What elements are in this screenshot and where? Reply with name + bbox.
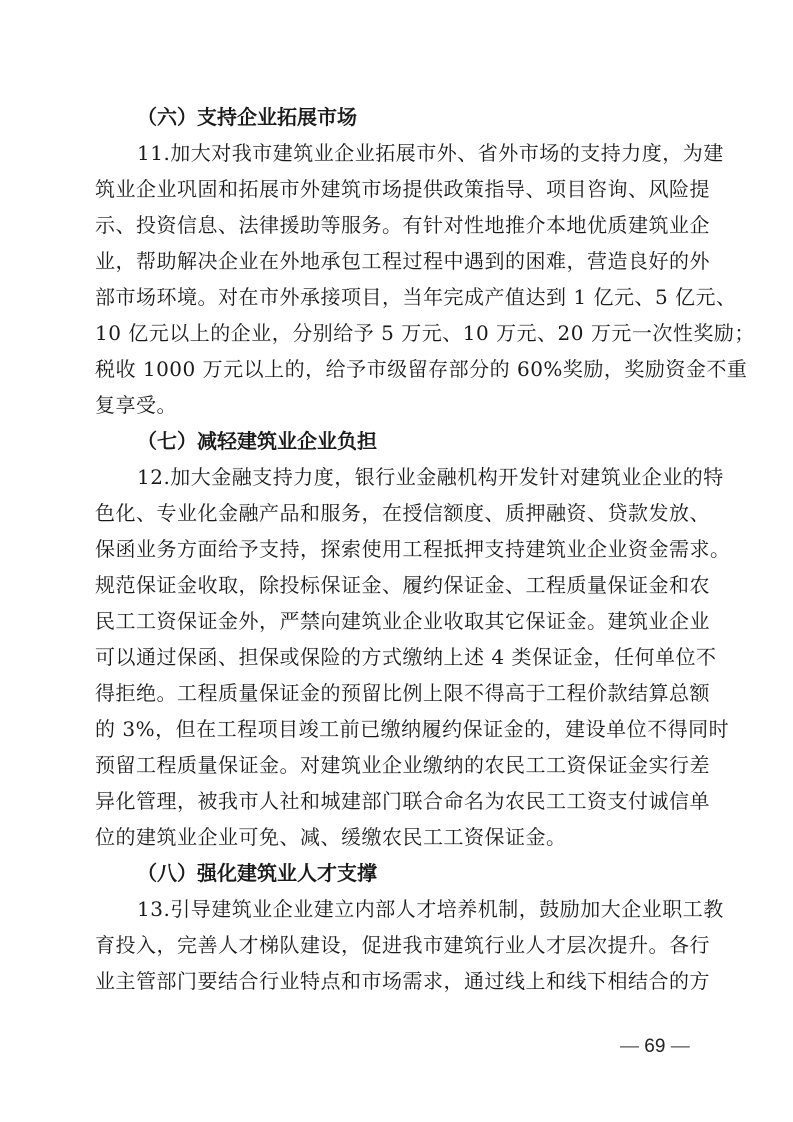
page-footer: — 69 — [620,1036,690,1058]
footer-dash-left: — [620,1036,639,1057]
text-line: 位的建筑业企业可免、减、缓缴农民工工资保证金。 [95,819,699,855]
text-line: 10 亿元以上的企业，分别给予 5 万元、10 万元、20 万元一次性奖励； [95,315,699,351]
text-line: 育投入，完善人才梯队建设，促进我市建筑行业人才层次提升。各行 [95,927,699,963]
text-line: 异化管理，被我市人社和城建部门联合命名为农民工工资支付诚信单 [95,783,699,819]
text-line: 业主管部门要结合行业特点和市场需求，通过线上和线下相结合的方 [95,963,699,999]
text-line: 预留工程质量保证金。对建筑业企业缴纳的农民工工资保证金实行差 [95,747,699,783]
text-line: 规范保证金收取，除投标保证金、履约保证金、工程质量保证金和农 [95,567,699,603]
document-page: （六）支持企业拓展市场 11.加大对我市建筑业企业拓展市外、省外市场的支持力度，… [95,99,699,999]
section-heading-7: （七）减轻建筑业企业负担 [95,423,699,459]
paragraph-11: 11.加大对我市建筑业企业拓展市外、省外市场的支持力度，为建 筑业企业巩固和拓展… [95,135,699,423]
text-line: 得拒绝。工程质量保证金的预留比例上限不得高于工程价款结算总额 [95,675,699,711]
text-line: 业，帮助解决企业在外地承包工程过程中遇到的困难，营造良好的外 [95,243,699,279]
section-heading-8: （八）强化建筑业人才支撑 [95,855,699,891]
text-line: 民工工资保证金外，严禁向建筑业企业收取其它保证金。建筑业企业 [95,603,699,639]
text-line: 的 3%，但在工程项目竣工前已缴纳履约保证金的，建设单位不得同时 [95,711,699,747]
text-line: 可以通过保函、担保或保险的方式缴纳上述 4 类保证金，任何单位不 [95,639,699,675]
paragraph-13: 13.引导建筑业企业建立内部人才培养机制，鼓励加大企业职工教 育投入，完善人才梯… [95,891,699,999]
footer-dash-right: — [671,1036,690,1057]
text-line: 12.加大金融支持力度，银行业金融机构开发针对建筑业企业的特 [95,459,699,495]
text-line: 税收 1000 万元以上的，给予市级留存部分的 60%奖励，奖励资金不重 [95,351,699,387]
text-line: 13.引导建筑业企业建立内部人才培养机制，鼓励加大企业职工教 [95,891,699,927]
page-number: 69 [644,1036,665,1057]
text-line: 保函业务方面给予支持，探索使用工程抵押支持建筑业企业资金需求。 [95,531,699,567]
text-line: 部市场环境。对在市外承接项目，当年完成产值达到 1 亿元、5 亿元、 [95,279,699,315]
text-line: 11.加大对我市建筑业企业拓展市外、省外市场的支持力度，为建 [95,135,699,171]
text-line: 复享受。 [95,387,699,423]
paragraph-12: 12.加大金融支持力度，银行业金融机构开发针对建筑业企业的特 色化、专业化金融产… [95,459,699,855]
section-heading-6: （六）支持企业拓展市场 [95,99,699,135]
text-line: 筑业企业巩固和拓展市外建筑市场提供政策指导、项目咨询、风险提 [95,171,699,207]
text-line: 示、投资信息、法律援助等服务。有针对性地推介本地优质建筑业企 [95,207,699,243]
text-line: 色化、专业化金融产品和服务，在授信额度、质押融资、贷款发放、 [95,495,699,531]
